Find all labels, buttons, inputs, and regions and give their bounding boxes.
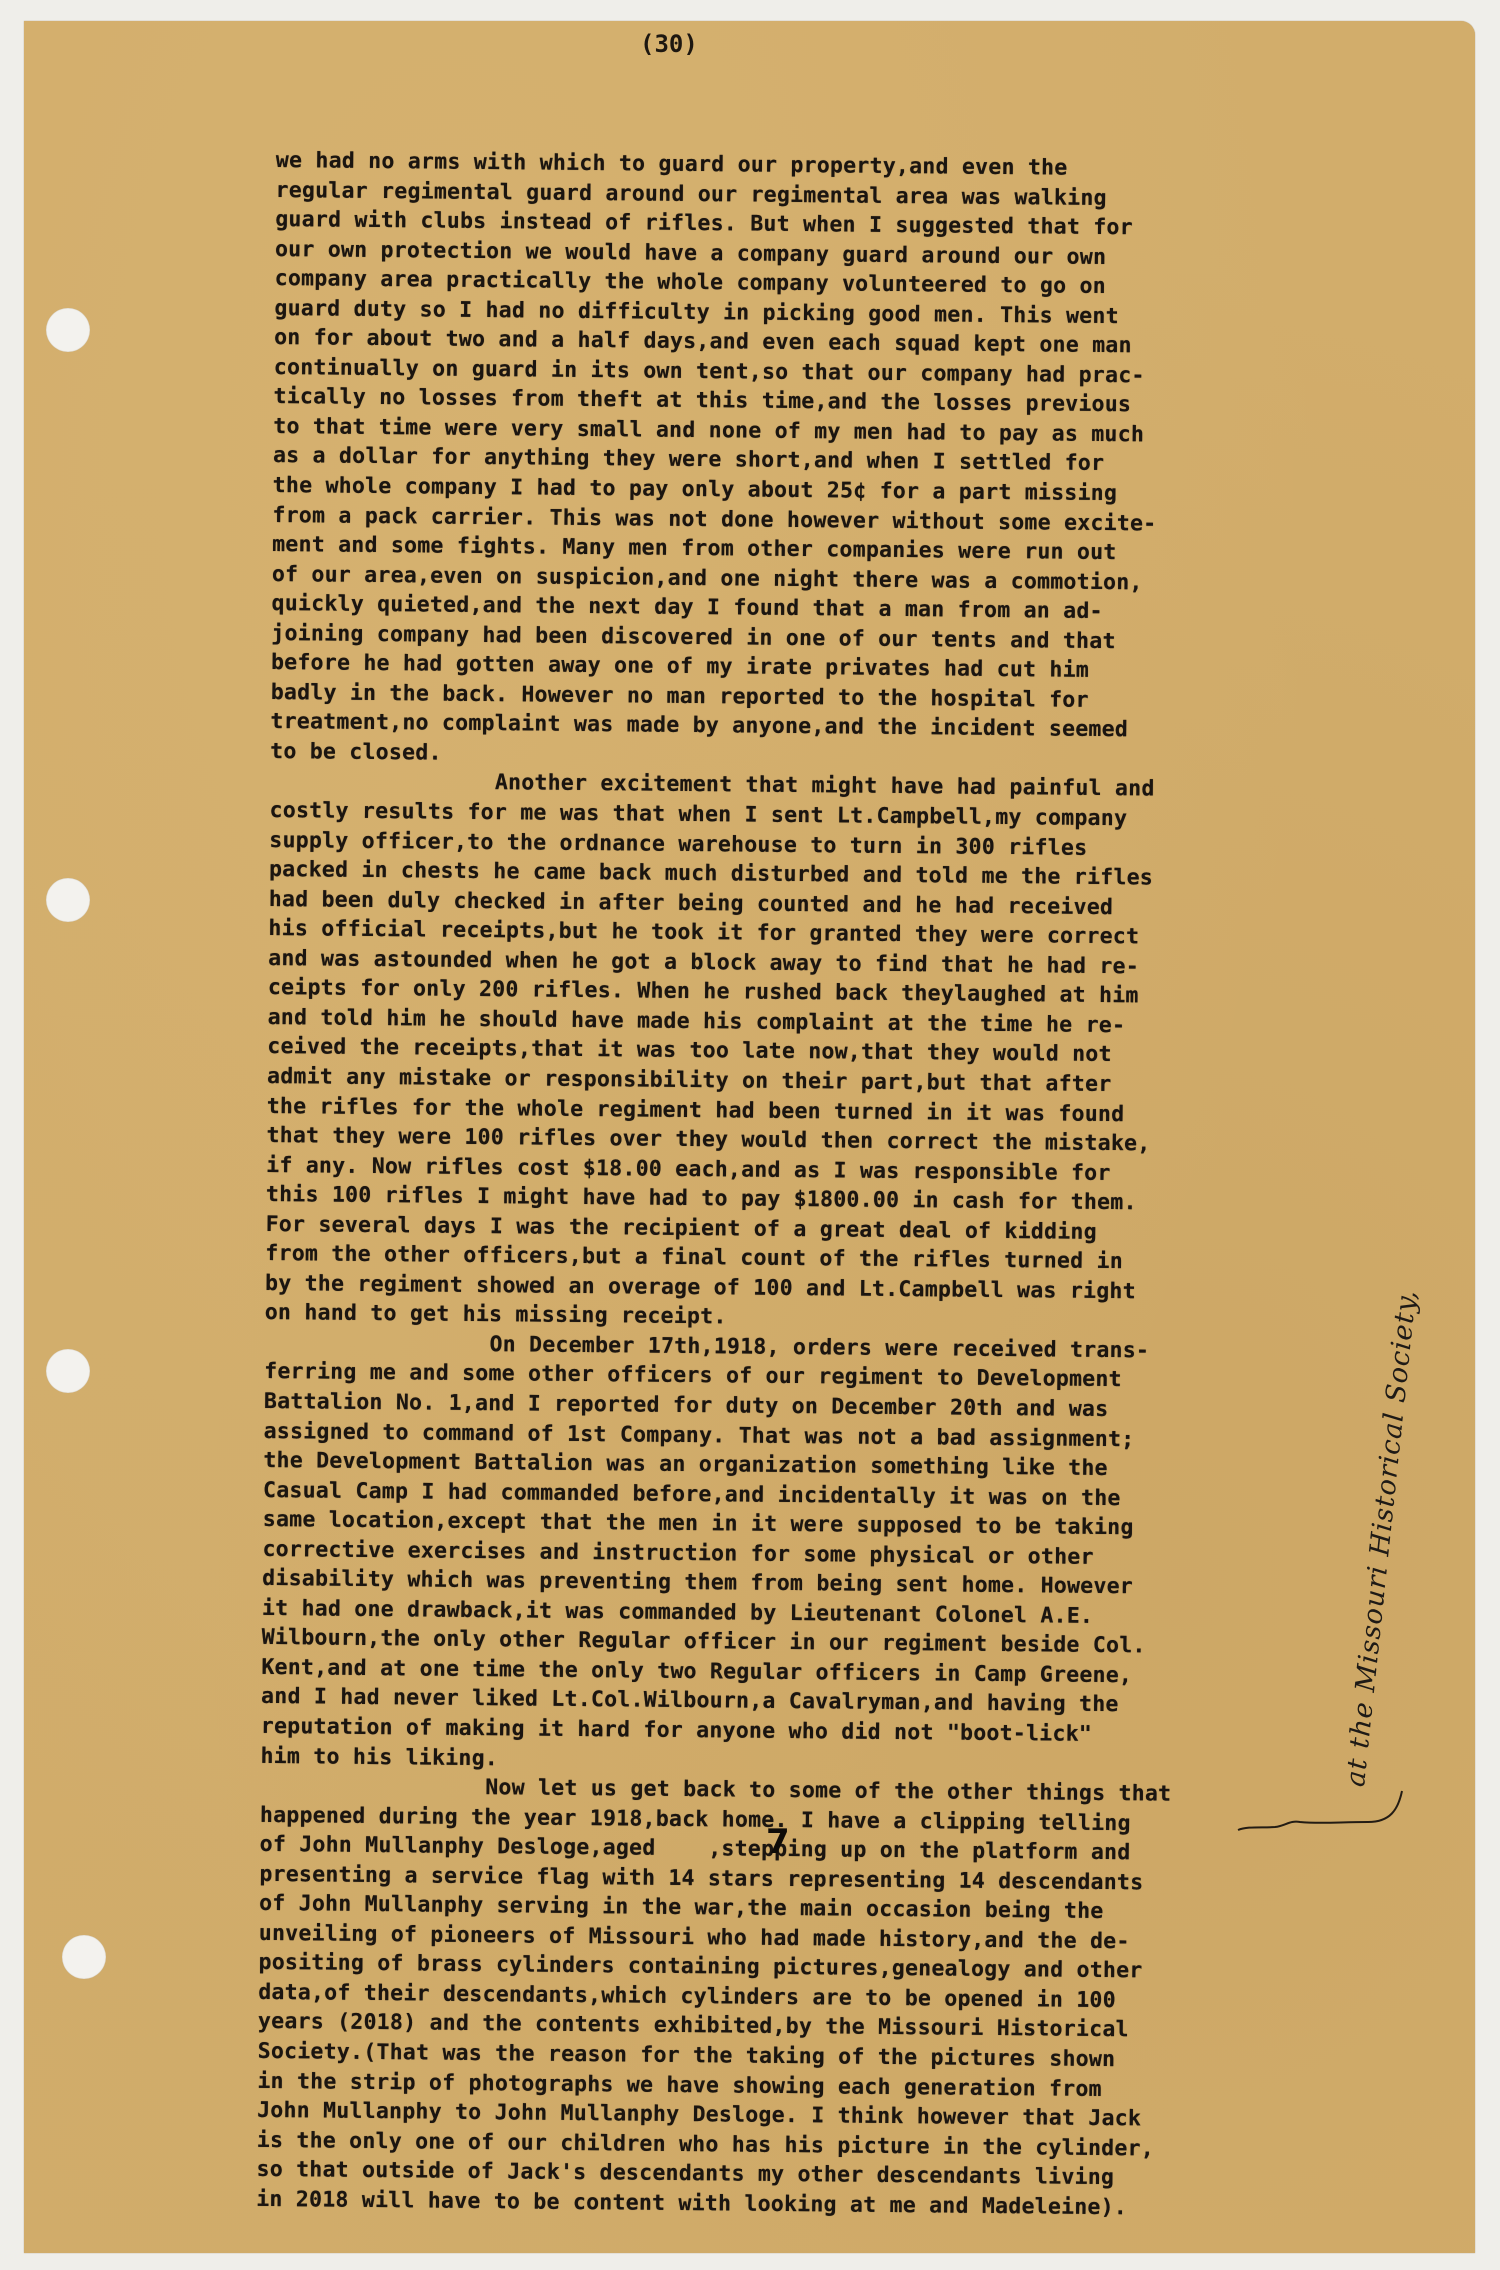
page-number: (30)	[640, 30, 698, 58]
punch-hole	[46, 1349, 90, 1393]
handwritten-age-correction: 7	[766, 1822, 790, 1862]
scanned-page: (30) we had no arms with which to guard …	[0, 0, 1500, 2270]
punch-hole	[62, 1935, 106, 1979]
punch-hole	[46, 308, 90, 352]
punch-hole	[46, 878, 90, 922]
body-text: we had no arms with which to guard our p…	[256, 146, 1426, 2225]
